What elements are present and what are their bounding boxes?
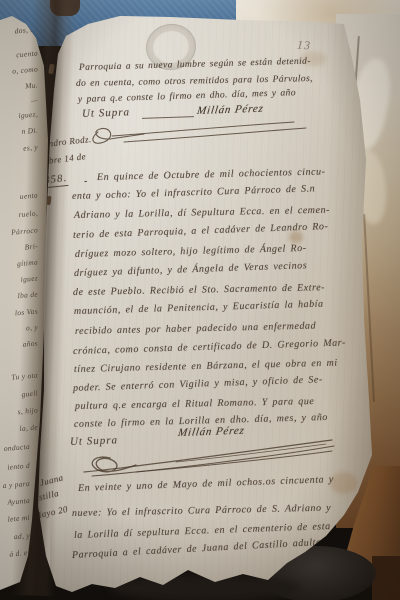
- photo-vignette: [0, 0, 400, 600]
- manuscript-photo: dos, de cuenta o, como Mu. — iguez, n Di…: [0, 0, 400, 600]
